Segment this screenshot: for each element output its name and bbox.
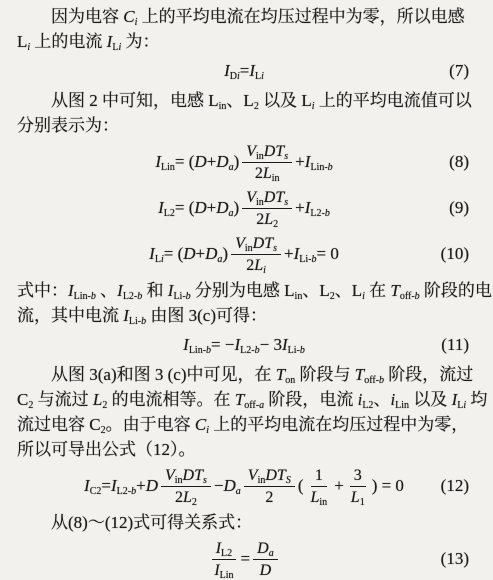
text-run: 2 bbox=[246, 256, 254, 275]
text-run: + bbox=[334, 476, 344, 496]
var-base: V bbox=[246, 189, 256, 206]
math-var: Toff-b bbox=[390, 281, 419, 300]
text-run: = bbox=[241, 549, 251, 569]
fraction-numerator: Da bbox=[253, 539, 278, 560]
text-run: 2 bbox=[265, 488, 273, 507]
var-subscript: Li- bbox=[299, 254, 311, 265]
text-run: − 3 bbox=[260, 335, 282, 355]
equation-row: ILin = (D + Da)VinDTs2Lin + ILin-b(8) bbox=[17, 140, 471, 184]
text-run: 由图 3(c)可得： bbox=[146, 306, 267, 325]
text-run: 与流过 bbox=[33, 390, 93, 409]
text-run: 从图 3(a)和图 3 (c)中可见，在 bbox=[51, 365, 276, 384]
var-base: L bbox=[208, 91, 218, 110]
equation-row: IC2 = IL2-b + DVinDTs2L2 − DaVinDTS2(1Li… bbox=[17, 464, 471, 508]
text-run: 以及 bbox=[259, 91, 302, 110]
math-var: ILi-b bbox=[168, 281, 191, 300]
fraction: VinDTs2L2 bbox=[161, 466, 211, 507]
var-base: L bbox=[17, 32, 27, 51]
math-var: D bbox=[183, 244, 195, 264]
math-var: IL2-b bbox=[111, 476, 136, 496]
equation: IDi = ILi bbox=[224, 61, 264, 81]
var-base: D bbox=[216, 198, 228, 217]
math-var: Li bbox=[352, 281, 365, 300]
fraction: DaD bbox=[253, 539, 278, 580]
var-subscript: 2 bbox=[273, 219, 278, 230]
text-run: ) bbox=[234, 198, 240, 218]
var-subscript: Lin- bbox=[74, 291, 91, 302]
var-base: D bbox=[257, 540, 269, 557]
var-base: L bbox=[301, 91, 311, 110]
fraction: 1Lin bbox=[307, 466, 332, 507]
var-subscript-italic: a bbox=[236, 486, 241, 497]
page: 因为电容 Ci 上的平均电流在均压过程中为零，所以电感Li 上的电流 ILi 为… bbox=[0, 0, 493, 580]
text-run: 3 bbox=[354, 466, 362, 485]
math-var: ILi-b bbox=[123, 306, 146, 325]
var-base: T bbox=[275, 143, 284, 160]
equation-number: (8) bbox=[449, 152, 469, 172]
var-base: V bbox=[248, 467, 258, 484]
var-subscript: L2- bbox=[240, 345, 254, 356]
var-base: L bbox=[183, 489, 192, 506]
var-subscript: Lin- bbox=[310, 162, 327, 173]
fraction-numerator: VinDTs bbox=[161, 466, 211, 487]
text-run: 分别表示为： bbox=[17, 116, 119, 135]
text-run: + bbox=[207, 198, 217, 218]
var-subscript: 2 bbox=[192, 497, 197, 508]
text-run: + bbox=[295, 152, 305, 172]
equation: ILi = (D + Da)VinDTs2Li + ILi-b = 0 bbox=[149, 234, 339, 275]
math-var: Vin bbox=[248, 466, 266, 485]
equation: ILin-b = −IL2-b − 3ILi-b bbox=[183, 335, 305, 355]
equation-number: (10) bbox=[441, 244, 469, 264]
var-subscript: Lin bbox=[395, 400, 409, 411]
math-var: iL2 bbox=[358, 390, 374, 409]
math-var: Lin bbox=[311, 488, 328, 507]
text-run: 上的平均电流值可以 bbox=[314, 91, 471, 110]
var-base: C bbox=[17, 390, 28, 409]
text-run: = ( bbox=[175, 198, 195, 218]
math-var: ILi-b bbox=[282, 335, 305, 355]
text-line: 流过电容 C2。由于电容 Ci 上的平均电流在均压过程中为零， bbox=[17, 412, 471, 437]
var-base: T bbox=[275, 189, 284, 206]
var-subscript: in bbox=[272, 173, 280, 184]
math-var: Vin bbox=[246, 142, 264, 161]
math-var: Li bbox=[17, 32, 30, 51]
equation-row: IL2 = (D + Da)VinDTs2L2 + IL2-b(9) bbox=[17, 186, 471, 230]
var-base: T bbox=[355, 365, 364, 384]
math-var: Lin bbox=[208, 91, 226, 110]
var-base: D bbox=[205, 244, 217, 263]
text-run: = bbox=[240, 61, 250, 81]
var-subscript: L2- bbox=[123, 291, 137, 302]
var-subscript: D bbox=[230, 71, 237, 82]
var-base: C bbox=[123, 7, 134, 26]
var-subscript: C2 bbox=[90, 486, 102, 497]
text-line: 分别表示为： bbox=[17, 113, 471, 138]
text-run: 、 bbox=[373, 390, 390, 409]
var-base: L bbox=[319, 281, 329, 300]
var-base: D bbox=[253, 235, 265, 252]
text-run: − bbox=[214, 476, 224, 496]
text-run: = ( bbox=[164, 244, 184, 264]
text-run: 流，其中电流 bbox=[17, 306, 123, 325]
equation-row: IL2ILin = DaD(13) bbox=[17, 537, 471, 580]
var-subscript: on bbox=[285, 375, 295, 386]
fraction: VinDTS2 bbox=[244, 466, 295, 507]
math-var: Da bbox=[224, 476, 241, 496]
text-run: + bbox=[136, 476, 146, 496]
text-run: = ( bbox=[175, 152, 195, 172]
var-subscript: L2 bbox=[362, 400, 373, 411]
var-subscript: L2 bbox=[164, 208, 175, 219]
equation-row: ILi = (D + Da)VinDTs2Li + ILi-b = 0(10) bbox=[17, 232, 471, 276]
text-run: 和 bbox=[142, 281, 168, 300]
math-var: Toff-a bbox=[235, 390, 264, 409]
math-var: Da bbox=[216, 152, 233, 172]
var-base: T bbox=[194, 467, 203, 484]
math-var: L2 bbox=[183, 488, 197, 507]
math-var: Ton bbox=[276, 365, 295, 384]
var-subscript-italic: b bbox=[300, 345, 305, 356]
var-subscript: Li- bbox=[129, 316, 141, 327]
math-var: D bbox=[146, 476, 158, 496]
text-run: 所以可导出公式（12）。 bbox=[17, 440, 196, 459]
var-subscript-italic: b bbox=[328, 162, 333, 173]
var-subscript: in bbox=[319, 497, 327, 508]
var-base: L bbox=[284, 281, 294, 300]
text-run: 阶段的电 bbox=[420, 281, 492, 300]
math-var: Ci bbox=[195, 415, 209, 434]
var-base: T bbox=[264, 235, 273, 252]
var-subscript-italic: s bbox=[284, 197, 288, 208]
var-subscript: Lin- bbox=[189, 345, 206, 356]
math-var: D bbox=[194, 198, 206, 218]
math-var: ILi bbox=[249, 61, 264, 81]
math-var: Da bbox=[257, 539, 274, 558]
math-var: D bbox=[265, 466, 277, 485]
fraction-denominator: 2Li bbox=[242, 255, 270, 275]
math-var: L2 bbox=[264, 210, 278, 229]
var-base: L bbox=[254, 257, 263, 274]
text-run: 从(8)～(12)式可得关系式： bbox=[51, 513, 252, 532]
text-run: ) = 0 bbox=[372, 476, 404, 496]
math-var: Toff-b bbox=[355, 365, 384, 384]
equation: IC2 = IL2-b + DVinDTs2L2 − DaVinDTS2(1Li… bbox=[84, 466, 404, 507]
var-base: D bbox=[194, 198, 206, 217]
text-run: ) bbox=[222, 244, 228, 264]
text-run: = 0 bbox=[316, 244, 338, 264]
math-var: C2 bbox=[17, 390, 33, 409]
var-subscript: in bbox=[256, 197, 264, 208]
fraction: 3L1 bbox=[347, 466, 369, 507]
var-subscript-italic: s bbox=[203, 475, 207, 486]
text-line: 因为电容 Ci 上的平均电流在均压过程中为零，所以电感 bbox=[17, 4, 471, 29]
text-run: 阶段，流过 bbox=[384, 365, 473, 384]
text-run: 的电流相等。在 bbox=[107, 390, 235, 409]
var-subscript: Lin bbox=[220, 570, 234, 580]
math-var: IL2 bbox=[158, 198, 175, 218]
equation: IL2 = (D + Da)VinDTs2L2 + IL2-b bbox=[158, 188, 330, 229]
text-run: 因为电容 bbox=[51, 7, 123, 26]
var-base: T bbox=[276, 365, 285, 384]
text-line: 式中：ILin-b 、IL2-b 和 ILi-b 分别为电感 Lin、L2、Li… bbox=[17, 278, 471, 303]
text-run: 阶段，电流 bbox=[264, 390, 358, 409]
fraction-numerator: 3 bbox=[350, 466, 366, 487]
text-line: 流，其中电流 ILi-b 由图 3(c)可得： bbox=[17, 303, 471, 328]
var-base: L bbox=[352, 281, 362, 300]
math-var: L2 bbox=[319, 281, 334, 300]
var-subscript-italic: i bbox=[261, 71, 264, 82]
text-line: 从(8)～(12)式可得关系式： bbox=[17, 510, 471, 535]
var-base: D bbox=[265, 467, 277, 484]
math-var: L1 bbox=[351, 488, 365, 507]
math-var: D bbox=[194, 152, 206, 172]
fraction-denominator: L1 bbox=[347, 487, 369, 507]
text-run: 上的平均电流在均压过程中为零， bbox=[209, 415, 468, 434]
fraction-denominator: ILin bbox=[210, 560, 237, 580]
var-base: V bbox=[235, 235, 245, 252]
fraction-denominator: 2 bbox=[261, 487, 277, 507]
math-var: L2 bbox=[243, 91, 258, 110]
math-var: Vin bbox=[246, 188, 264, 207]
math-var: Ts bbox=[194, 466, 207, 485]
math-var: IL2-b bbox=[117, 281, 142, 300]
var-base: L bbox=[243, 91, 253, 110]
text-run: + bbox=[196, 244, 206, 264]
var-base: D bbox=[183, 467, 195, 484]
math-var: ILin-b bbox=[68, 281, 96, 300]
math-var: ILi-b bbox=[294, 244, 317, 264]
text-line: C2 与流过 L2 的电流相等。在 Toff-a 阶段，电流 iL2、iLin … bbox=[17, 387, 471, 412]
math-var: ILin bbox=[214, 561, 233, 580]
equation-row: IDi = ILi(7) bbox=[17, 56, 471, 86]
var-subscript: Lin bbox=[161, 162, 175, 173]
text-run: 。由于电容 bbox=[106, 415, 195, 434]
fraction-numerator: VinDTs bbox=[231, 234, 281, 255]
equation: ILin = (D + Da)VinDTs2Lin + ILin-b bbox=[155, 142, 332, 183]
math-var: D bbox=[183, 466, 195, 485]
var-base: C bbox=[195, 415, 206, 434]
var-subscript-italic: a bbox=[269, 548, 274, 559]
math-var: Vin bbox=[165, 466, 183, 485]
math-var: D bbox=[253, 234, 265, 253]
math-var: Lin bbox=[263, 164, 280, 183]
var-base: D bbox=[260, 562, 272, 579]
var-base: T bbox=[235, 390, 244, 409]
math-var: ILi bbox=[149, 244, 164, 264]
var-subscript: 1 bbox=[360, 497, 365, 508]
fraction: VinDTs2Li bbox=[231, 234, 281, 275]
math-var: Lin bbox=[284, 281, 302, 300]
text-run: = bbox=[101, 476, 111, 496]
var-subscript: L2- bbox=[310, 208, 324, 219]
math-var: Li bbox=[301, 91, 314, 110]
math-var: Li bbox=[254, 256, 266, 275]
var-base: C bbox=[89, 415, 100, 434]
math-var: D bbox=[260, 561, 272, 580]
text-line: Li 上的电流 ILi 为： bbox=[17, 29, 471, 54]
var-base: D bbox=[216, 152, 228, 171]
text-run: 、 bbox=[96, 281, 117, 300]
math-var: Ts bbox=[275, 188, 288, 207]
fraction-numerator: IL2 bbox=[212, 539, 236, 560]
fraction-numerator: VinDTS bbox=[244, 466, 295, 487]
text-run: 2 bbox=[255, 164, 263, 183]
fraction: VinDTs2L2 bbox=[242, 188, 292, 229]
math-var: ILin-b bbox=[305, 152, 333, 172]
var-subscript-italic: s bbox=[284, 151, 288, 162]
fraction: VinDTs2Lin bbox=[242, 142, 292, 183]
var-subscript: L2 bbox=[221, 548, 232, 559]
text-run: 、 bbox=[302, 281, 319, 300]
equation-number: (11) bbox=[441, 335, 469, 355]
var-base: D bbox=[264, 143, 276, 160]
var-base: L bbox=[93, 390, 102, 409]
text-run: 阶段与 bbox=[295, 365, 355, 384]
var-subscript-italic: i bbox=[263, 265, 266, 276]
text-run: 、 bbox=[335, 281, 352, 300]
text-run: + bbox=[284, 244, 294, 264]
math-var: Da bbox=[205, 244, 222, 264]
text-run: = − bbox=[211, 335, 234, 355]
equation-number: (13) bbox=[441, 549, 469, 569]
var-base: V bbox=[165, 467, 175, 484]
math-var: IL2 bbox=[216, 539, 232, 558]
var-base: D bbox=[224, 476, 236, 495]
var-base: D bbox=[146, 476, 158, 495]
var-base: L bbox=[264, 211, 273, 228]
text-line: 从图 3(a)和图 3 (c)中可见，在 Ton 阶段与 Toff-b 阶段，流… bbox=[17, 362, 471, 387]
var-subscript-italic: s bbox=[273, 243, 277, 254]
equation-row: ILin-b = −IL2-b − 3ILi-b(11) bbox=[17, 330, 471, 360]
fraction-numerator: VinDTs bbox=[242, 188, 292, 209]
var-subscript: off- bbox=[364, 375, 379, 386]
var-subscript: Li- bbox=[288, 345, 300, 356]
math-var: IL2-b bbox=[234, 335, 259, 355]
var-base: V bbox=[246, 143, 256, 160]
math-var: L2 bbox=[93, 390, 107, 409]
math-var: ILi bbox=[452, 390, 467, 409]
fraction: IL2ILin bbox=[210, 539, 237, 580]
var-subscript: in bbox=[245, 243, 253, 254]
math-var: ILi bbox=[107, 32, 122, 51]
text-run: 在 bbox=[365, 281, 391, 300]
fraction-numerator: VinDTs bbox=[242, 142, 292, 163]
math-var: Ts bbox=[275, 142, 288, 161]
text-run: 上的电流 bbox=[30, 32, 107, 51]
math-var: ILin-b bbox=[183, 335, 211, 355]
text-run: + bbox=[207, 152, 217, 172]
var-base: D bbox=[194, 152, 206, 171]
text-run: ( bbox=[298, 476, 304, 496]
text-run: 式中： bbox=[17, 281, 68, 300]
fraction-numerator: 1 bbox=[311, 466, 327, 487]
var-base: D bbox=[264, 189, 276, 206]
math-var: D bbox=[264, 188, 276, 207]
var-base: L bbox=[351, 489, 360, 506]
text-run: 流过电容 bbox=[17, 415, 89, 434]
var-subscript-italic: b bbox=[325, 208, 330, 219]
math-var: IDi bbox=[224, 61, 240, 81]
text-run: 均 bbox=[466, 390, 487, 409]
text-run: 分别为电感 bbox=[191, 281, 285, 300]
var-subscript: Li- bbox=[173, 291, 185, 302]
fraction-denominator: D bbox=[256, 560, 276, 580]
math-var: iLin bbox=[390, 390, 409, 409]
equation-number: (9) bbox=[449, 198, 469, 218]
math-var: C2 bbox=[89, 415, 105, 434]
equation-number: (7) bbox=[449, 61, 469, 81]
math-var: Ts bbox=[264, 234, 277, 253]
fraction-denominator: 2Lin bbox=[251, 163, 284, 183]
math-var: TS bbox=[277, 466, 291, 485]
math-var: D bbox=[264, 142, 276, 161]
text-run: 、 bbox=[226, 91, 243, 110]
var-subscript: in bbox=[175, 475, 183, 486]
text-run: 2 bbox=[175, 488, 183, 507]
text-line: 从图 2 中可知，电感 Lin、L2 以及 Li 上的平均电流值可以 bbox=[17, 88, 471, 113]
var-subscript-italic: S bbox=[286, 475, 291, 486]
math-var: IL2-b bbox=[305, 198, 330, 218]
var-base: D bbox=[183, 244, 195, 263]
equation: IL2ILin = DaD bbox=[207, 539, 280, 580]
var-subscript: in bbox=[256, 151, 264, 162]
var-subscript: off- bbox=[400, 291, 415, 302]
text-run: + bbox=[295, 198, 305, 218]
text-line: 所以可导出公式（12）。 bbox=[17, 437, 471, 462]
math-var: Ci bbox=[123, 7, 137, 26]
math-var: IC2 bbox=[84, 476, 101, 496]
fraction-denominator: 2L2 bbox=[171, 487, 201, 507]
var-base: T bbox=[277, 467, 286, 484]
var-subscript: off- bbox=[244, 400, 259, 411]
text-run: 为： bbox=[121, 32, 159, 51]
math-var: Da bbox=[216, 198, 233, 218]
var-base: T bbox=[390, 281, 399, 300]
text-run: 上的平均电流在均压过程中为零，所以电感 bbox=[137, 7, 464, 26]
text-run: ) bbox=[234, 152, 240, 172]
text-run: 从图 2 中可知，电感 bbox=[51, 91, 208, 110]
equation-number: (12) bbox=[441, 476, 469, 496]
var-subscript: L2- bbox=[117, 486, 131, 497]
fraction-denominator: Lin bbox=[307, 487, 332, 507]
fraction-denominator: 2L2 bbox=[252, 209, 282, 229]
text-run: 以及 bbox=[409, 390, 452, 409]
text-run: 1 bbox=[315, 466, 323, 485]
math-var: ILin bbox=[155, 152, 175, 172]
var-base: L bbox=[263, 165, 272, 182]
math-var: Vin bbox=[235, 234, 253, 253]
